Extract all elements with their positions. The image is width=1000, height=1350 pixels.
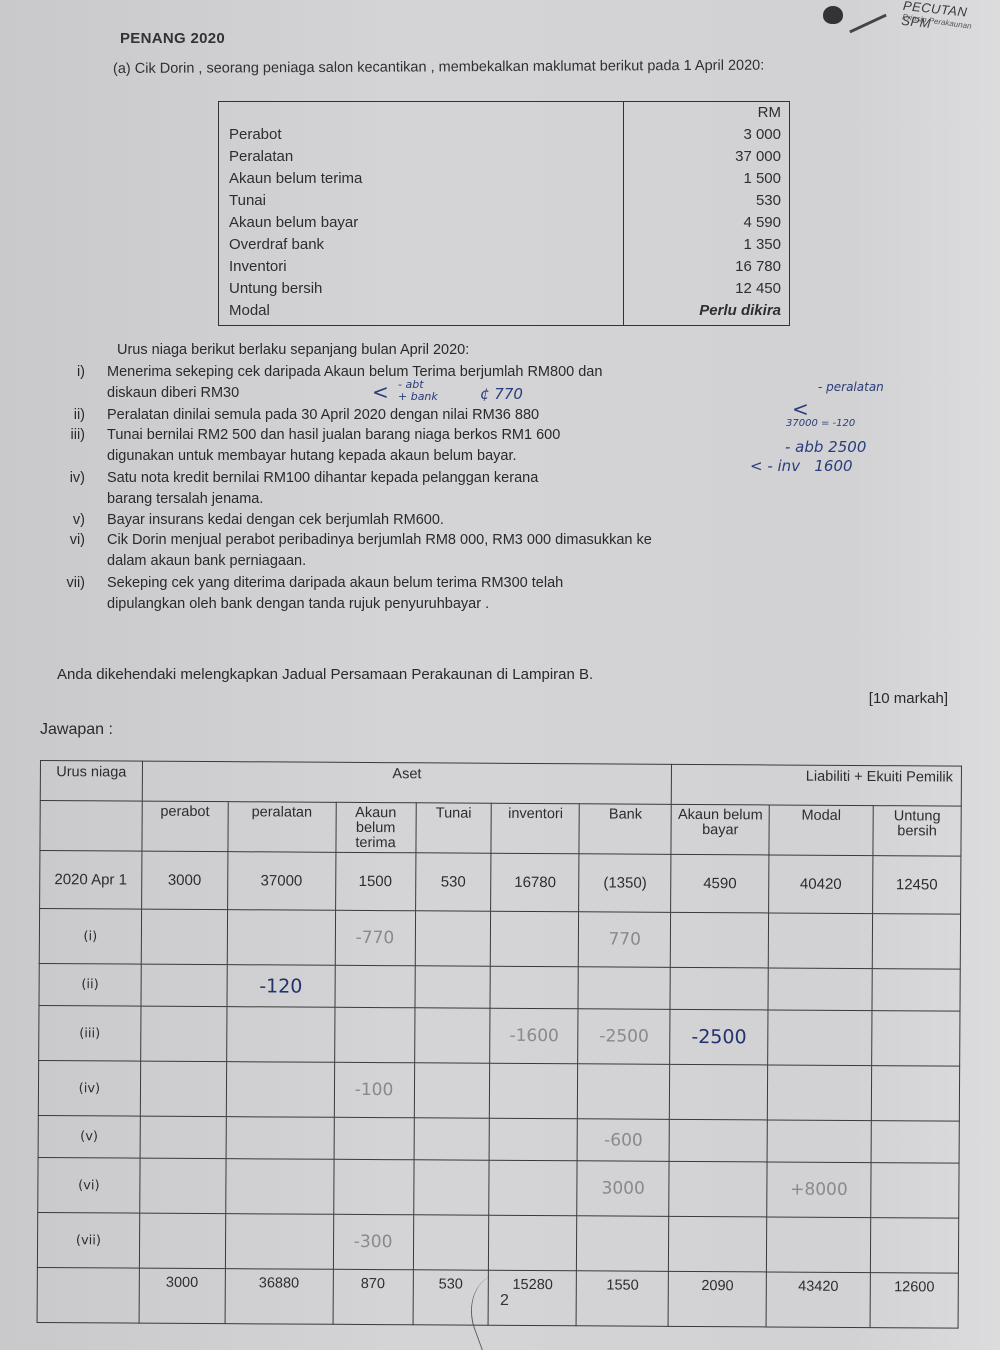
column-header: inventori [491,803,579,854]
handwritten-entry: -1600 [509,1026,559,1046]
entry-cell[interactable] [490,966,578,1009]
entry-cell[interactable] [334,1117,414,1159]
handwritten-note-i-bottom: + bank [398,390,438,403]
closing-value: 3000 [139,1268,225,1324]
transaction-row: (i)-770770 [39,909,960,970]
info-label: Peralatan [229,148,293,165]
column-header: Tunai [415,803,491,853]
info-value: 3 000 [743,126,781,143]
closing-value: 1550 [576,1271,668,1327]
transaction-row: (iv)-100 [38,1060,959,1121]
entry-cell[interactable] [413,1215,489,1270]
info-label: Akaun belum bayar [229,214,358,231]
entry-cell[interactable] [140,1116,226,1159]
closing-value: 43420 [766,1272,870,1328]
entry-cell[interactable] [140,1006,226,1062]
entry-cell[interactable] [141,964,227,1007]
handwritten-note-iii-bottom: < - inv 1600 [750,457,853,475]
entry-cell[interactable] [872,914,960,970]
entry-cell[interactable]: +8000 [767,1162,871,1218]
entry-cell[interactable] [334,1007,414,1062]
entry-cell[interactable] [768,968,872,1011]
transaction-row: (vi)3000+8000 [38,1157,959,1218]
column-header: peralatan [228,802,336,853]
opening-value: 1500 [335,852,415,910]
column-header: perabot [142,801,228,852]
entry-cell[interactable] [333,1159,413,1214]
handwritten-note-ii-top: - peralatan [818,380,884,394]
entry-cell[interactable] [335,965,415,1007]
row-label: (iv) [38,1060,140,1116]
info-row: Tunai530 [219,192,789,214]
entry-cell[interactable] [141,909,227,965]
entry-cell[interactable]: 770 [579,912,671,968]
handwritten-entry: -100 [355,1080,394,1100]
entry-cell[interactable] [413,1160,489,1215]
entry-cell[interactable]: -300 [333,1214,413,1269]
handwritten-entry: -120 [259,975,302,997]
handwritten-amount-i: ¢ 770 [480,385,523,403]
entry-cell[interactable] [871,1121,959,1164]
info-value: 16 780 [735,258,781,275]
handwritten-calc-ii: 37000 = -120 [786,418,855,429]
opening-balances-table: RM Perabot3 000Peralatan37 000Akaun belu… [218,101,790,326]
transactions-heading: Urus niaga berikut berlaku sepanjang bul… [117,342,469,358]
entry-cell[interactable] [670,1064,768,1120]
entry-cell[interactable] [225,1159,333,1215]
column-header: Bank [579,804,671,855]
row-label: (vii) [37,1212,139,1268]
row-label: (iii) [39,1005,141,1061]
handwritten-entry: -2500 [599,1026,649,1046]
row-label: (ii) [39,963,141,1006]
opening-value: (1350) [579,854,671,913]
instruction-text: Anda dikehendaki melengkapkan Jadual Per… [57,666,593,683]
entry-cell[interactable] [871,1163,959,1219]
entry-cell[interactable] [872,1011,960,1067]
entry-cell[interactable] [871,1066,959,1122]
closing-value: 870 [333,1269,413,1324]
header-aset: Aset [142,761,672,804]
entry-cell[interactable] [140,1061,226,1117]
entry-cell[interactable] [669,1161,767,1217]
info-value: 4 590 [743,214,781,231]
entry-cell[interactable] [226,1117,334,1160]
opening-value: 16780 [491,853,579,912]
answer-label: Jawapan : [40,721,113,739]
transaction-text-line1: Cik Dorin menjual perabot peribadinya be… [107,530,927,551]
transaction-row: (iii)-1600-2500-2500 [39,1005,960,1066]
header-liabiliti-ekuiti: Liabiliti + Ekuiti Pemilik [671,764,961,806]
entry-cell[interactable]: 3000 [577,1161,669,1217]
entry-cell[interactable] [768,1010,872,1066]
entry-cell[interactable] [414,1008,490,1063]
info-row: Perabot3 000 [219,126,789,148]
currency-header-row: RM [219,104,789,126]
info-label: Perabot [229,126,282,143]
entry-cell[interactable] [226,1007,334,1063]
entry-cell[interactable] [577,1216,669,1272]
entry-cell[interactable] [670,967,768,1010]
opening-value: 530 [415,853,491,911]
entry-cell[interactable] [414,1063,490,1118]
transaction-number: iii) [45,425,95,446]
info-row: Overdraf bank1 350 [219,236,789,258]
header-empty [40,801,142,852]
column-header: Modal [769,805,873,856]
accounting-equation-table: Urus niaga Aset Liabiliti + Ekuiti Pemil… [37,760,962,1329]
entry-cell[interactable] [670,912,768,968]
handwritten-arrow-i: < [372,380,389,404]
handwritten-entry: -770 [356,928,395,948]
info-row: Untung bersih12 450 [219,280,789,302]
row-label: (vi) [38,1157,140,1213]
entry-cell[interactable] [490,1063,578,1119]
info-label: Tunai [229,192,266,209]
entry-cell[interactable] [872,969,960,1012]
logo-emblem-icon [823,6,843,24]
info-label: Akaun belum terima [229,170,362,187]
info-label: Untung bersih [229,280,322,297]
entry-cell[interactable] [870,1218,958,1274]
transaction-row: (vii)-300 [37,1212,958,1273]
entry-cell[interactable] [767,1065,871,1121]
closing-value: 12600 [870,1273,958,1329]
page-number: 2 [500,1292,509,1310]
opening-value: 37000 [227,852,335,911]
info-value: Perlu dikira [699,302,781,319]
column-header: Akaun belum bayar [671,804,769,855]
question-intro: (a) Cik Dorin , seorang peniaga salon ke… [113,56,893,79]
transaction-row: (ii)-120 [39,963,960,1011]
column-header: Untung bersih [873,806,961,857]
entry-cell[interactable] [669,1119,767,1162]
handwritten-entry: -300 [354,1232,393,1252]
handwritten-entry: -600 [604,1130,643,1150]
marks-label: [10 markah] [869,690,948,707]
entry-cell[interactable] [489,1118,577,1161]
transaction-text-line2: dalam akaun bank perniagaan. [107,551,927,572]
row-label: (i) [39,909,141,965]
info-value: 12 450 [735,280,781,297]
transaction-number: vi) [45,530,95,551]
entry-cell[interactable] [140,1158,226,1214]
currency-header: RM [758,104,781,121]
info-row: Inventori16 780 [219,258,789,280]
info-value: 530 [756,192,781,209]
entry-cell[interactable] [768,913,872,969]
row-label: (v) [38,1115,140,1158]
entry-cell[interactable] [226,1062,334,1118]
entry-cell[interactable]: -2500 [670,1009,768,1065]
info-row: Akaun belum terima1 500 [219,170,789,192]
info-label: Overdraf bank [229,236,324,253]
info-row: Akaun belum bayar4 590 [219,214,789,236]
header-urus-niaga: Urus niaga [40,761,142,802]
entry-cell[interactable]: -770 [335,910,415,965]
entry-cell[interactable] [578,1064,670,1120]
closing-label [37,1267,139,1323]
closing-value: 36880 [225,1269,333,1325]
transaction-number: v) [45,510,95,531]
page-title: PENANG 2020 [120,30,225,47]
closing-value: 2090 [668,1271,766,1327]
handwritten-entry: +8000 [790,1180,848,1200]
entry-cell[interactable] [415,966,491,1008]
handwritten-entry: -2500 [691,1026,746,1048]
transaction-text-line2: dipulangkan oleh bank dengan tanda rujuk… [107,594,927,615]
entry-cell[interactable] [491,911,579,967]
transaction-number: i) [45,362,95,383]
transaction-text-line1: Sekeping cek yang diterima daripada akau… [107,573,927,594]
transaction-text-line2: barang tersalah jenama. [107,489,927,510]
entry-cell[interactable]: -1600 [490,1008,578,1064]
entry-cell[interactable]: -100 [334,1062,414,1117]
transaction-number: iv) [45,468,95,489]
opening-value: 4590 [671,854,769,913]
transaction-number: vii) [45,573,95,594]
info-value: 37 000 [735,148,781,165]
transaction-number: ii) [45,405,95,426]
entry-cell[interactable] [767,1217,871,1273]
entry-cell[interactable] [489,1160,577,1216]
entry-cell[interactable] [767,1120,871,1163]
handwritten-entry: 3000 [601,1178,644,1198]
column-header: Akaun belum terima [336,802,416,852]
entry-cell[interactable] [139,1213,225,1269]
entry-cell[interactable] [414,1118,490,1160]
entry-cell[interactable]: -2500 [578,1009,670,1065]
entry-cell[interactable] [415,911,491,966]
info-label: Modal [229,302,270,319]
entry-cell[interactable] [227,910,335,966]
handwritten-note-iii-top: - abb 2500 [785,438,866,456]
pecutan-spm-logo: PECUTAN SPM Prinsip Perakaunan [820,2,1000,38]
opening-value: 12450 [873,856,961,915]
info-value: 1 350 [743,236,781,253]
pen-icon [849,14,887,34]
transaction-text-line1: Menerima sekeping cek daripada Akaun bel… [107,362,927,383]
entry-cell[interactable] [669,1216,767,1272]
transaction-row: (v)-600 [38,1115,959,1163]
info-value: 1 500 [743,170,781,187]
info-label: Inventori [229,258,287,275]
info-row: ModalPerlu dikira [219,302,789,324]
info-row: Peralatan37 000 [219,148,789,170]
entry-cell[interactable] [489,1215,577,1271]
entry-cell[interactable] [578,967,670,1010]
transaction-text-line1: Bayar insurans kedai dengan cek berjumla… [107,510,927,531]
handwritten-entry: 770 [608,929,641,949]
opening-date-label: 2020 Apr 1 [40,851,142,910]
opening-value: 3000 [141,851,227,910]
entry-cell[interactable]: -120 [227,965,335,1008]
opening-value: 40420 [769,855,873,914]
entry-cell[interactable] [225,1214,333,1270]
entry-cell[interactable]: -600 [577,1119,669,1162]
